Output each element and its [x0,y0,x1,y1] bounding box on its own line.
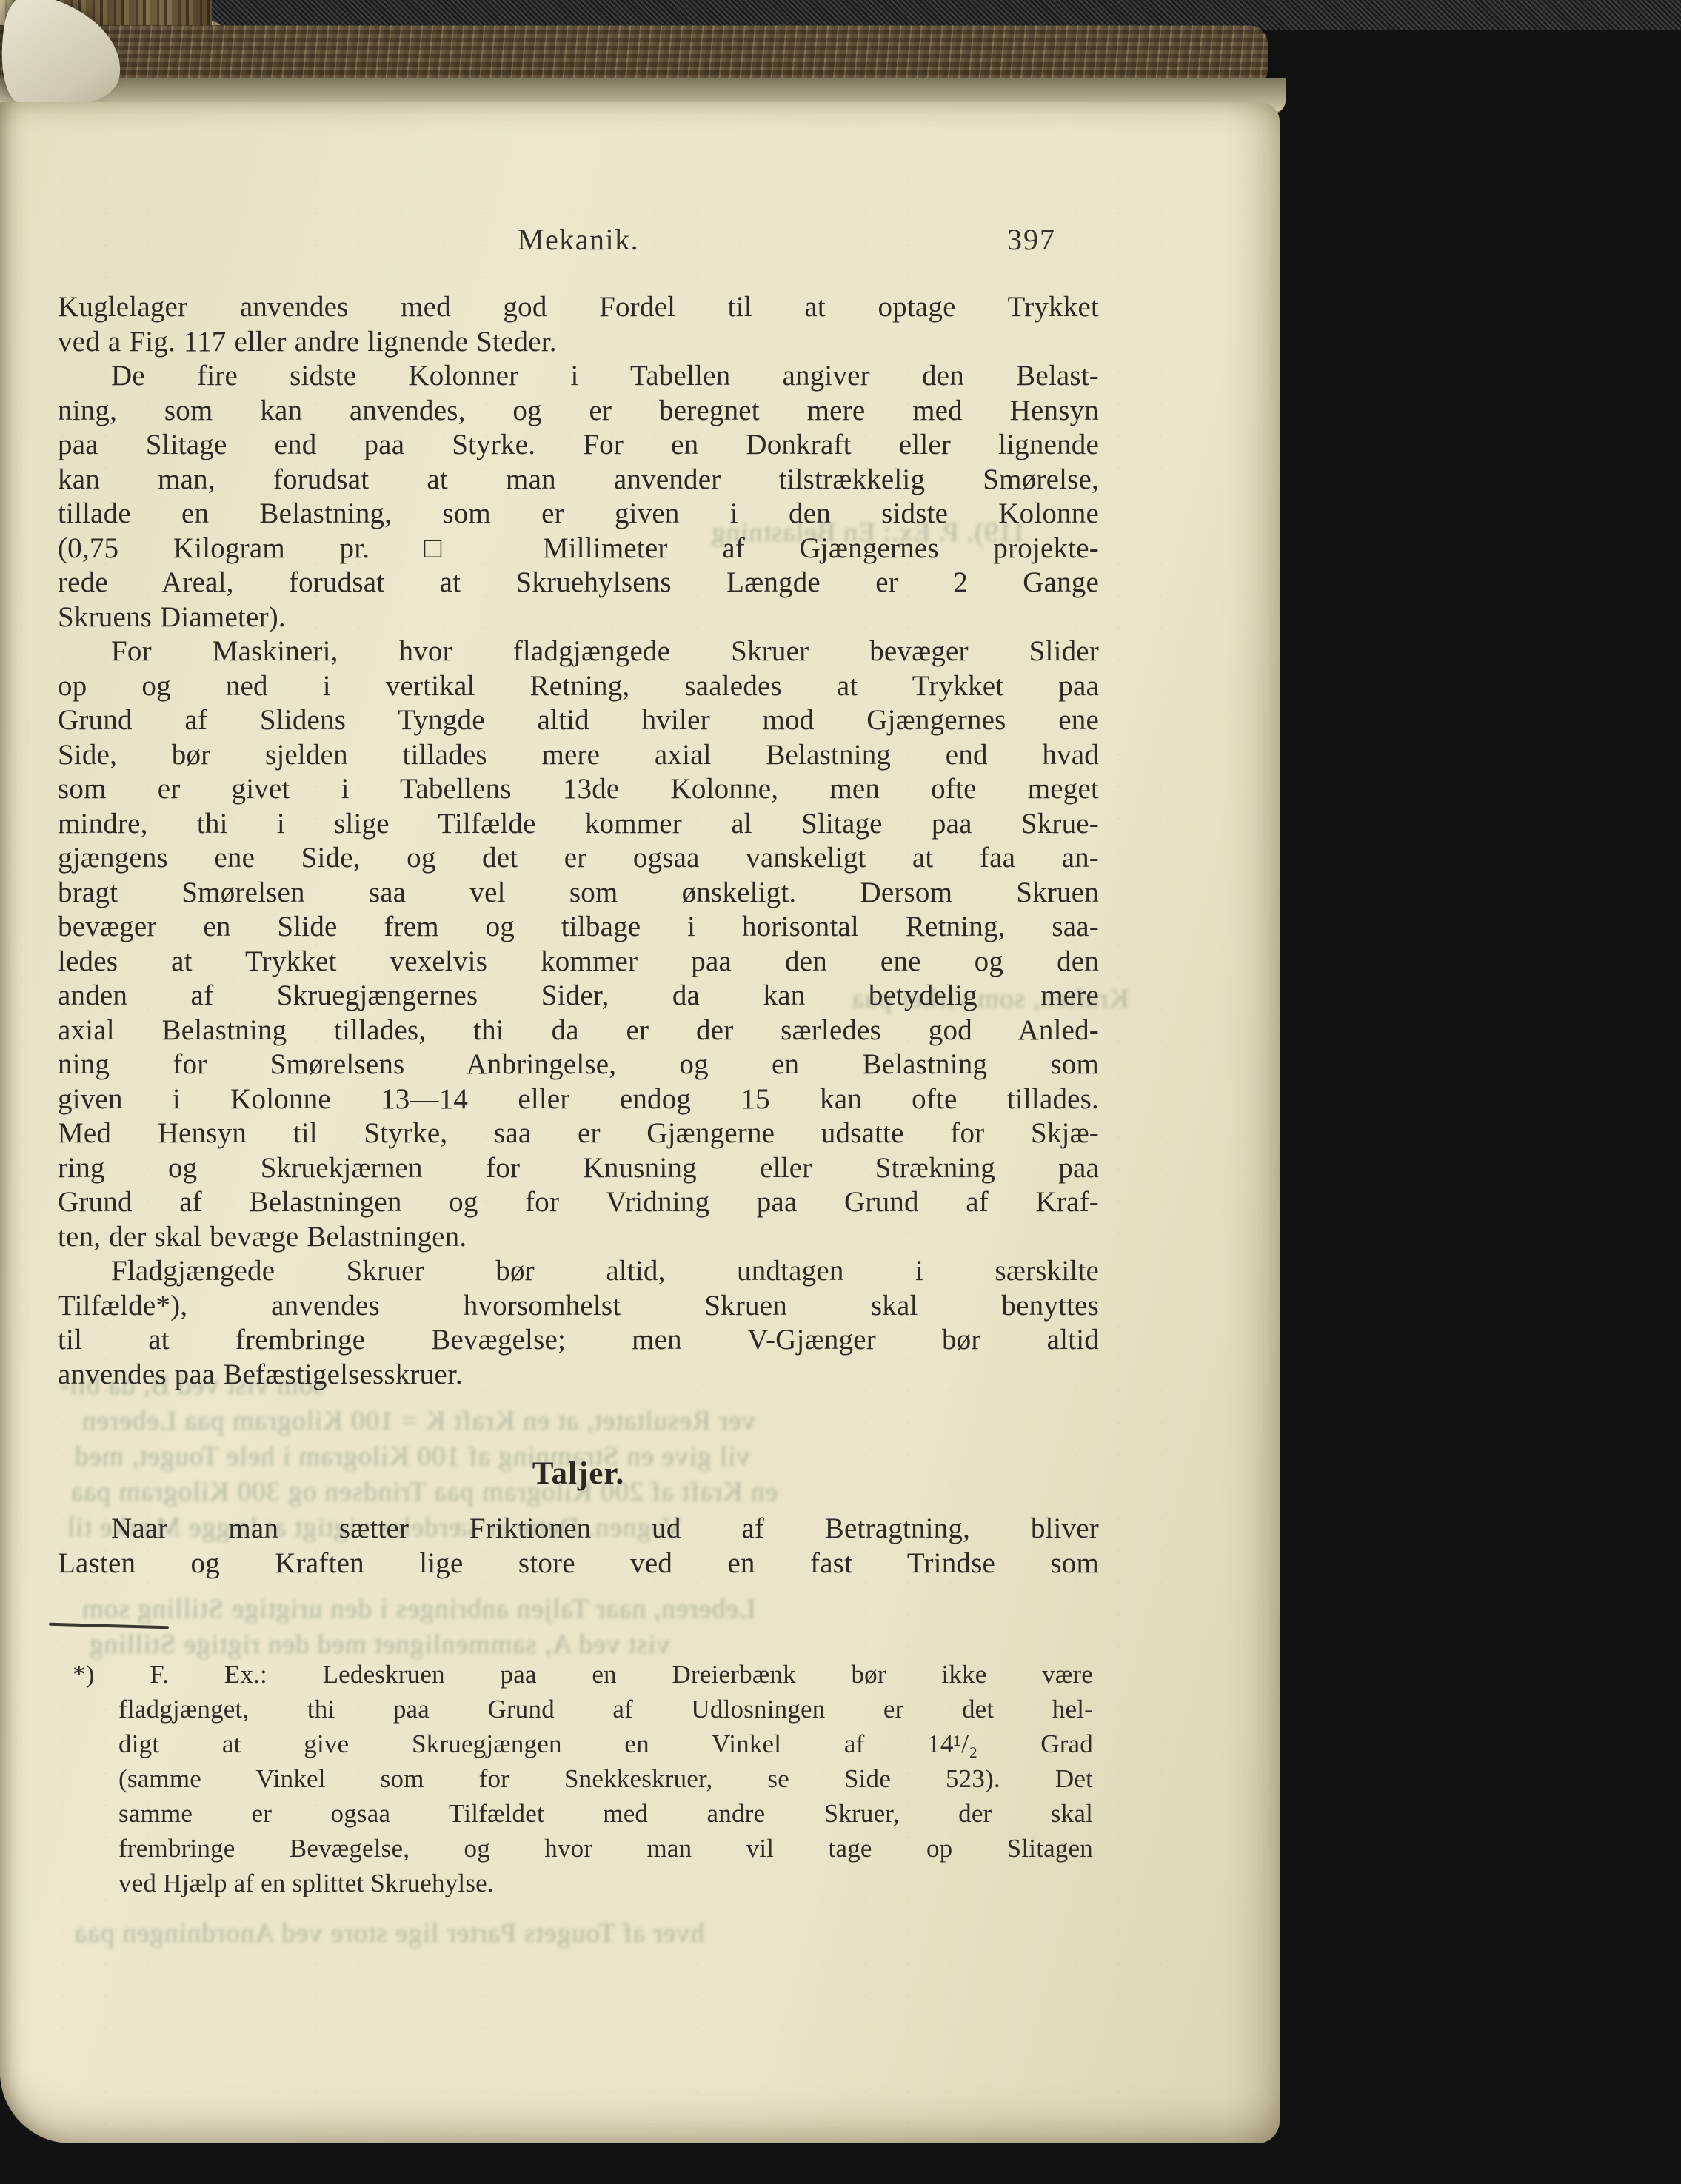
bleedthrough-text: Leberen, naar Taljen anbringes i den uri… [81,1593,756,1625]
body-line: ten, der skal bevæge Belastningen. [58,1220,1099,1255]
section-line: Lasten og Kraften lige store ved en fast… [58,1547,1099,1581]
body-line: bragt Smørelsen saa vel som ønskeligt. D… [58,876,1099,911]
body-line: anvendes paa Befæstigelsesskruer. [58,1358,1099,1393]
body-line: ning for Smørelsens Anbringelse, og en B… [58,1048,1099,1082]
body-line: Grund af Belastningen og for Vridning pa… [58,1185,1099,1220]
body-line: De fire sidste Kolonner i Tabellen angiv… [58,359,1099,394]
section-body: Naar man sætter Friktionen ud af Betragt… [58,1512,1099,1581]
running-title: Mekanik. [518,223,639,256]
section-line: Naar man sætter Friktionen ud af Betragt… [58,1512,1099,1547]
body-line: rede Areal, forudsat at Skruehylsens Læn… [58,566,1099,600]
body-line: ning, som kan anvendes, og er beregnet m… [58,394,1099,429]
body-line: given i Kolonne 13—14 eller endog 15 kan… [58,1082,1099,1117]
body-line: Side, bør sjelden tillades mere axial Be… [58,738,1099,773]
body-line: Kuglelager anvendes med god Fordel til a… [58,290,1099,325]
body-line: til at frembringe Bevægelse; men V-Gjæng… [58,1323,1099,1358]
body-line: Med Hensyn til Styrke, saa er Gjængerne … [58,1116,1099,1151]
body-line: ved a Fig. 117 eller andre lignende Sted… [58,325,1099,360]
body-line: Fladgjængede Skruer bør altid, undtagen … [58,1254,1099,1289]
body-text: Kuglelager anvendes med god Fordel til a… [58,290,1099,1392]
book-page: 119). P. Ex.: En BelastningKraften, som … [0,102,1280,2143]
page-header: Mekanik. 397 [58,222,1099,259]
body-line: op og ned i vertikal Retning, saaledes a… [58,669,1099,704]
body-line: kan man, forudsat at man anvender tilstr… [58,463,1099,498]
body-line: Tilfælde*), anvendes hvorsomhelst Skruen… [58,1289,1099,1324]
footnote-line: digt at give Skruegjængen en Vinkel af 1… [73,1726,1093,1761]
body-line: paa Slitage end paa Styrke. For en Donkr… [58,428,1099,463]
body-line: For Maskineri, hvor fladgjængede Skruer … [58,634,1099,669]
body-line: gjængens ene Side, og det er ogsaa vansk… [58,841,1099,876]
body-line: ring og Skruekjærnen for Knusning eller … [58,1151,1099,1186]
bleedthrough-text: ver Resultatet, at en Kraft K = 100 Kilo… [81,1405,755,1437]
footnote-line: frembringe Bevægelse, og hvor man vil ta… [73,1831,1093,1866]
body-line: ledes at Trykket vexelvis kommer paa den… [58,945,1099,979]
body-line: anden af Skruegjængernes Sider, da kan b… [58,979,1099,1014]
body-line: tillade en Belastning, som er given i de… [58,497,1099,532]
body-line: Skruens Diameter). [58,600,1099,635]
body-line: mindre, thi i slige Tilfælde kommer al S… [58,807,1099,842]
body-line: (0,75 Kilogram pr. □ Millimeter af Gjæng… [58,532,1099,566]
page-number: 397 [1007,222,1056,257]
footnote-line: fladgjænget, thi paa Grund af Udlosninge… [73,1692,1093,1726]
body-line: axial Belastning tillades, thi da er der… [58,1014,1099,1048]
footnote-line: (samme Vinkel som for Snekkeskruer, se S… [73,1761,1093,1796]
body-line: som er givet i Tabellens 13de Kolonne, m… [58,772,1099,807]
footnote-line: samme er ogsaa Tilfældet med andre Skrue… [73,1796,1093,1831]
bleedthrough-text: vist ved A, sammenlignet med den rigtige… [89,1629,670,1661]
footnote-line: ved Hjælp af en splittet Skruehylse. [73,1866,1093,1900]
body-line: bevæger en Slide frem og tilbage i horis… [58,910,1099,945]
bleedthrough-text: hver af Tougets Parter lige store ved An… [74,1917,704,1949]
book-photograph: 119). P. Ex.: En BelastningKraften, som … [0,0,1681,2184]
body-line: Grund af Slidens Tyngde altid hviler mod… [58,703,1099,738]
spine-headband [0,25,1268,83]
footnote: *) F. Ex.: Ledeskruen paa en Dreierbænk … [73,1657,1093,1900]
footnote-line: *) F. Ex.: Ledeskruen paa en Dreierbænk … [73,1657,1093,1692]
section-heading: Taljer. [58,1456,1099,1500]
